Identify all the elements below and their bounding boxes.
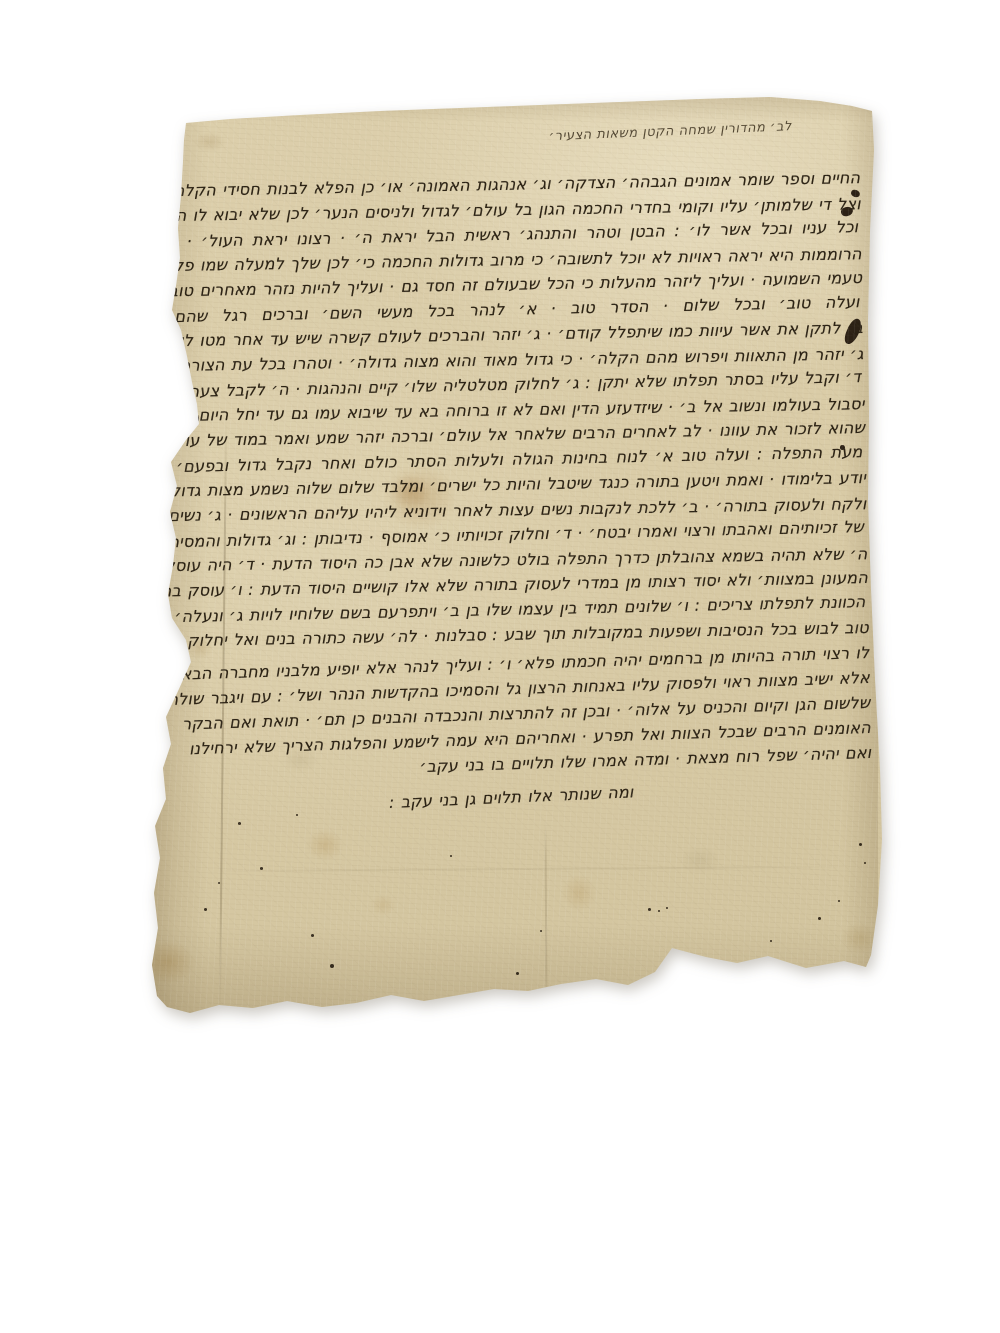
ink-speck <box>610 987 614 991</box>
ink-speck <box>204 908 207 911</box>
ink-speck <box>218 882 220 884</box>
manuscript-photo: לב׳ מהדורין שמחה הקטן משאות הצעיר׳ החיים… <box>0 0 1000 1333</box>
ink-speck <box>311 934 314 937</box>
ink-speck <box>864 862 866 864</box>
ink-speck <box>450 855 452 857</box>
paper-crease <box>205 866 845 872</box>
ink-speck <box>516 972 519 975</box>
ink-speck <box>818 917 821 920</box>
paper-crease <box>545 820 548 1010</box>
paper-stain <box>299 823 351 867</box>
ink-speck <box>859 843 862 846</box>
ink-speck <box>238 822 241 825</box>
paper-edge-shading-top <box>150 88 880 122</box>
paper-stain <box>188 128 232 156</box>
paper-stain <box>130 932 206 992</box>
ink-speck <box>330 964 334 968</box>
ink-speck <box>838 900 840 902</box>
ink-speck <box>648 908 651 911</box>
paper-stain <box>670 840 730 880</box>
photo-background: לב׳ מהדורין שמחה הקטן משאות הצעיר׳ החיים… <box>0 0 1000 1333</box>
manuscript-header-line: לב׳ מהדורין שמחה הקטן משאות הצעיר׳ <box>462 119 792 148</box>
paper-stain <box>834 916 886 960</box>
ink-speck <box>540 930 542 932</box>
paper-stain <box>365 890 401 920</box>
paper-edge-shading-bottom <box>150 925 882 1017</box>
manuscript-paper: לב׳ מהדורין שמחה הקטן משאות הצעיר׳ החיים… <box>0 0 1000 1333</box>
manuscript-text-block: החיים וספר שומר אמונים הגבהה׳ הצדקה׳ וג׳… <box>168 165 872 807</box>
ink-blot <box>188 412 199 426</box>
ink-speck <box>260 867 263 870</box>
ink-speck <box>658 910 660 912</box>
ink-speck <box>643 982 646 985</box>
ink-speck <box>666 907 668 909</box>
paper-stain <box>555 867 603 919</box>
ink-speck <box>770 940 772 942</box>
